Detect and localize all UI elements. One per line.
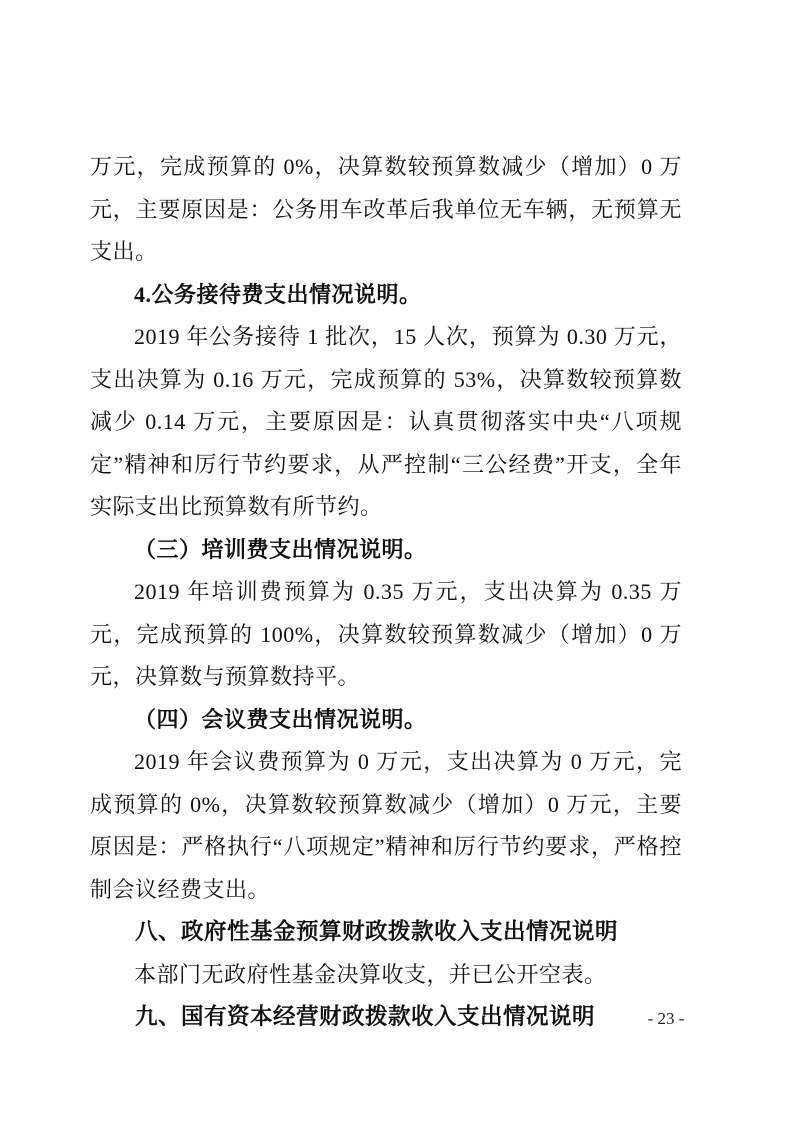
document-body: 万元，完成预算的 0%，决算数较预算数减少（增加）0 万元，主要原因是：公务用车… [90,146,682,1039]
section-heading-state-capital-operation: 九、国有资本经营财政拨款收入支出情况说明 [90,996,682,1039]
subheading-meeting-expense: （四）会议费支出情况说明。 [90,699,682,742]
document-page: 万元，完成预算的 0%，决算数较预算数减少（增加）0 万元，主要原因是：公务用车… [0,0,793,1122]
subheading-training-expense: （三）培训费支出情况说明。 [90,529,682,572]
section-heading-government-fund-budget: 八、政府性基金预算财政拨款收入支出情况说明 [90,911,682,954]
paragraph-meeting-expense: 2019 年会议费预算为 0 万元，支出决算为 0 万元，完成预算的 0%，决算… [90,741,682,911]
subheading-official-reception-expense: 4.公务接待费支出情况说明。 [90,274,682,317]
paragraph-official-reception-expense: 2019 年公务接待 1 批次，15 人次，预算为 0.30 万元，支出决算为 … [90,316,682,529]
paragraph-vehicle-expense-continuation: 万元，完成预算的 0%，决算数较预算数减少（增加）0 万元，主要原因是：公务用车… [90,146,682,274]
page-number: - 23 - [636,1006,696,1032]
paragraph-government-fund-budget: 本部门无政府性基金决算收支，并已公开空表。 [90,954,682,997]
paragraph-training-expense: 2019 年培训费预算为 0.35 万元，支出决算为 0.35 万元，完成预算的… [90,571,682,699]
